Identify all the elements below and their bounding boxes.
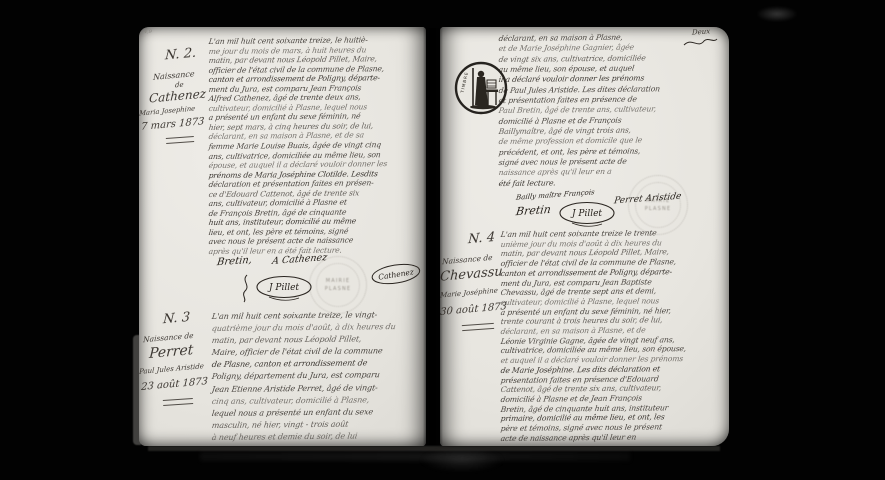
manuscript-line: acte de naissance après qu'il leur en [500, 431, 729, 443]
act4-date: 30 août 1873 [440, 301, 507, 318]
act3-signature-bailly: Bailly maître François [516, 188, 596, 202]
register-left-page: 4,9 N. 2. Naissance de Cathenez Maria Jo… [139, 27, 426, 446]
act4-type: Naissance de [442, 253, 493, 266]
act2-type-line1: Naissance [153, 69, 195, 82]
act3-continuation-text-block: déclarant, en sa maison à Plasne,et de M… [498, 34, 728, 189]
act2-date: 7 mars 1873 [141, 116, 205, 133]
page-bottom-edge-shadow [148, 446, 720, 451]
act2-father-signature-oval: Cathenez [370, 259, 423, 290]
stamp-text-line1: MAIRIE [326, 278, 351, 284]
act3-date-underline [163, 398, 193, 406]
mairie-seal-stamp-right: MAIRIE PLASNE [628, 175, 688, 235]
act3-date: 23 août 1873 [141, 376, 208, 393]
act4-text-block: L'an mil huit cent soixante treize le tr… [500, 230, 728, 443]
stamp-text-line2: PLASNE [645, 206, 672, 212]
signature-flourish-icon [239, 273, 253, 303]
act2-signature-bretin: Bretin, [216, 255, 252, 269]
mat-smudge-bottom-center [420, 448, 504, 472]
book-binding-gutter [423, 28, 443, 445]
stamp-text-line2: PLASNE [325, 286, 352, 292]
act2-officer-signature-oval: J Pillet [255, 275, 313, 302]
act2-officer-signature: J Pillet [267, 283, 299, 293]
act3-officer-signature-oval: J Pillet [558, 201, 616, 228]
mat-smudge-bottom [200, 452, 630, 461]
act2-text-block: L'an mil huit cent soixante treize, le h… [208, 37, 424, 257]
act2-surname: Cathenez [149, 86, 207, 105]
act4-firstnames: Marie Joséphine [440, 286, 498, 299]
act2-number: N. 2. [165, 46, 197, 64]
pencil-corner-mark: 4,9 [144, 29, 152, 35]
act3-number: N. 3 [163, 310, 191, 327]
mairie-seal-stamp: MAIRIE PLASNE [309, 256, 367, 314]
act4-surname: Chevassu [440, 264, 503, 285]
act2-date-underline [166, 136, 194, 144]
manuscript-line: été fait lecture. [498, 176, 729, 189]
stamp-text-line1: MAIRIE [646, 198, 671, 204]
act4-date-underline [462, 323, 494, 331]
act3-surname: Perret [149, 342, 194, 362]
mat-smudge-top-right [756, 6, 798, 22]
act3-text-block: L'an mil huit cent soixante treize, le v… [211, 311, 425, 444]
act2-firstnames: Maria Josephine [139, 105, 195, 118]
act3-firstnames: Paul Jules Aristide [139, 362, 204, 376]
archival-register-scan: 4,9 N. 2. Naissance de Cathenez Maria Jo… [0, 0, 885, 480]
register-right-page: Deux TIMBRE déclarant, en sa maison à Pl [440, 27, 729, 446]
manuscript-line: à neuf heures et demie du soir, de lui [211, 430, 426, 444]
act3-officer-signature: J Pillet [570, 209, 602, 219]
act3-signature-bretin: Bretin [515, 203, 552, 219]
act4-number: N. 4 [468, 230, 496, 247]
